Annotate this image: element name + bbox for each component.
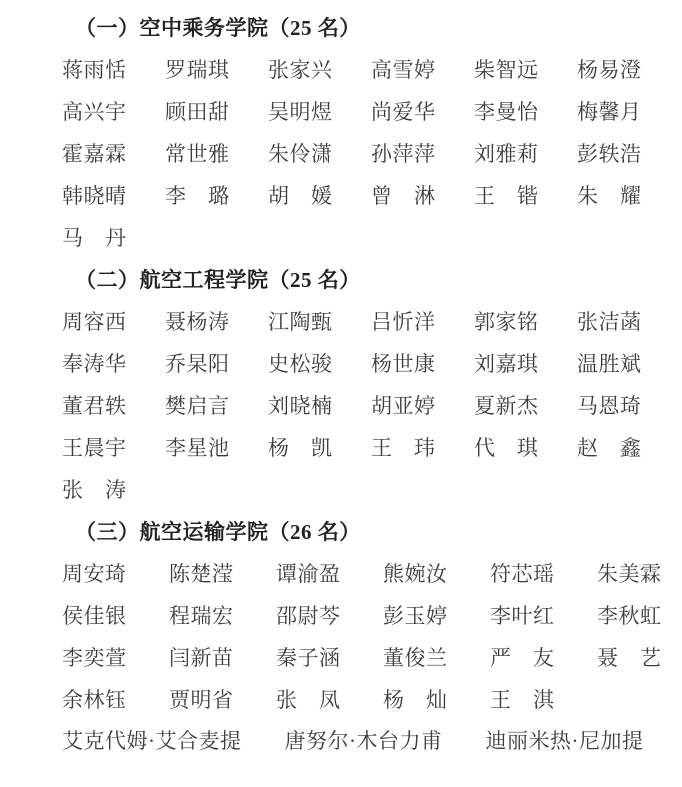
- student-name: 秦子涵: [276, 642, 383, 672]
- student-name: 顾田甜: [165, 96, 268, 126]
- student-name: 罗瑞琪: [165, 54, 268, 84]
- student-name: 董君轶: [62, 390, 165, 420]
- name-row: 马 丹: [62, 222, 682, 252]
- section-aviation-engineering-college: （二）航空工程学院（25 名） 周容西 聂杨涛 江陶甄 吕忻洋 郭家铭 张洁菡 …: [62, 258, 682, 510]
- student-name: 温胜斌: [577, 348, 680, 378]
- student-name: 梅馨月: [577, 96, 680, 126]
- student-name: 张家兴: [268, 54, 371, 84]
- student-name: 王 玮: [371, 432, 474, 462]
- student-name: 霍嘉霖: [62, 138, 165, 168]
- name-row: 高兴宇 顾田甜 吴明煜 尚爱华 李曼怡 梅馨月: [62, 96, 682, 126]
- student-name: 闫新苗: [169, 642, 276, 672]
- student-name: 张 涛: [62, 474, 165, 504]
- name-row: 奉涛华 乔杲阳 史松骏 杨世康 刘嘉琪 温胜斌: [62, 348, 682, 378]
- student-name: 聂杨涛: [165, 306, 268, 336]
- student-name: 吴明煜: [268, 96, 371, 126]
- section-title: （三）航空运输学院（26 名）: [62, 516, 361, 546]
- section-air-transport-college: （三）航空运输学院（26 名） 周安琦 陈楚滢 谭渝盈 熊婉汝 符芯瑶 朱美霖 …: [62, 510, 682, 762]
- student-name: 吕忻洋: [371, 306, 474, 336]
- student-name: 曾 淋: [371, 180, 474, 210]
- section-title: （二）航空工程学院（25 名）: [62, 264, 361, 294]
- student-name: 夏新杰: [474, 390, 577, 420]
- student-name: 余林钰: [62, 684, 169, 714]
- name-row: 张 涛: [62, 474, 682, 504]
- student-name: 贾明省: [169, 684, 276, 714]
- student-name: 胡 媛: [268, 180, 371, 210]
- name-row: 余林钰 贾明省 张 凤 杨 灿 王 淇: [62, 684, 682, 714]
- uyghur-student-names: 艾克代姆·艾合麦提 唐努尔·木台力甫 迪丽米热·尼加提: [62, 720, 650, 762]
- student-name: 熊婉汝: [383, 558, 490, 588]
- student-name: 乔杲阳: [165, 348, 268, 378]
- student-name: 李曼怡: [474, 96, 577, 126]
- student-name: 符芯瑶: [490, 558, 597, 588]
- student-name: 马恩琦: [577, 390, 680, 420]
- name-row: 霍嘉霖 常世雅 朱伶潇 孙萍萍 刘雅莉 彭轶浩: [62, 138, 682, 168]
- student-name: 代 琪: [474, 432, 577, 462]
- student-name: 聂 艺: [597, 642, 682, 672]
- student-name: 彭轶浩: [577, 138, 680, 168]
- student-name: 韩晓晴: [62, 180, 165, 210]
- student-name: 朱美霖: [597, 558, 682, 588]
- student-name: 王 锴: [474, 180, 577, 210]
- student-name: 李奕萱: [62, 642, 169, 672]
- student-name: 杨易澄: [577, 54, 680, 84]
- student-name: 郭家铭: [474, 306, 577, 336]
- student-name: 谭渝盈: [276, 558, 383, 588]
- student-name: 尚爱华: [371, 96, 474, 126]
- student-name: 王晨宇: [62, 432, 165, 462]
- student-name: 樊启言: [165, 390, 268, 420]
- student-name: 李秋虹: [597, 600, 682, 630]
- student-name: 周容西: [62, 306, 165, 336]
- student-name: 胡亚婷: [371, 390, 474, 420]
- student-name: 马 丹: [62, 222, 165, 252]
- student-name: 高兴宇: [62, 96, 165, 126]
- student-name: 刘雅莉: [474, 138, 577, 168]
- student-name: 杨 凯: [268, 432, 371, 462]
- student-name: 严 友: [490, 642, 597, 672]
- student-name: 赵 鑫: [577, 432, 680, 462]
- student-name: 柴智远: [474, 54, 577, 84]
- student-name: 王 淇: [490, 684, 597, 714]
- name-row: 侯佳银 程瑞宏 邵尉芩 彭玉婷 李叶红 李秋虹: [62, 600, 682, 630]
- student-name: 奉涛华: [62, 348, 165, 378]
- student-name: 侯佳银: [62, 600, 169, 630]
- student-name: 邵尉芩: [276, 600, 383, 630]
- student-name: 董俊兰: [383, 642, 490, 672]
- student-name: 张 凤: [276, 684, 383, 714]
- student-name: 杨世康: [371, 348, 474, 378]
- student-name: 朱伶潇: [268, 138, 371, 168]
- student-name: 李 璐: [165, 180, 268, 210]
- name-row: 周安琦 陈楚滢 谭渝盈 熊婉汝 符芯瑶 朱美霖: [62, 558, 682, 588]
- student-name: 李星池: [165, 432, 268, 462]
- name-row: 周容西 聂杨涛 江陶甄 吕忻洋 郭家铭 张洁菡: [62, 306, 682, 336]
- student-name: 张洁菡: [577, 306, 680, 336]
- section-cabin-crew-college: （一）空中乘务学院（25 名） 蒋雨恬 罗瑞琪 张家兴 高雪婷 柴智远 杨易澄 …: [62, 6, 682, 258]
- student-name: 朱 耀: [577, 180, 680, 210]
- student-name: 蒋雨恬: [62, 54, 165, 84]
- student-name: 杨 灿: [383, 684, 490, 714]
- student-name: 程瑞宏: [169, 600, 276, 630]
- student-name: 李叶红: [490, 600, 597, 630]
- name-row: 李奕萱 闫新苗 秦子涵 董俊兰 严 友 聂 艺: [62, 642, 682, 672]
- name-row: 韩晓晴 李 璐 胡 媛 曾 淋 王 锴 朱 耀: [62, 180, 682, 210]
- name-row: 王晨宇 李星池 杨 凯 王 玮 代 琪 赵 鑫: [62, 432, 682, 462]
- student-name: 刘晓楠: [268, 390, 371, 420]
- student-name: 周安琦: [62, 558, 169, 588]
- student-name: 高雪婷: [371, 54, 474, 84]
- student-name: 孙萍萍: [371, 138, 474, 168]
- student-name: 刘嘉琪: [474, 348, 577, 378]
- student-name: 江陶甄: [268, 306, 371, 336]
- student-name: 史松骏: [268, 348, 371, 378]
- name-row: 董君轶 樊启言 刘晓楠 胡亚婷 夏新杰 马恩琦: [62, 390, 682, 420]
- name-row: 蒋雨恬 罗瑞琪 张家兴 高雪婷 柴智远 杨易澄: [62, 54, 682, 84]
- student-name: 彭玉婷: [383, 600, 490, 630]
- student-name: 陈楚滢: [169, 558, 276, 588]
- student-name-list-document: （一）空中乘务学院（25 名） 蒋雨恬 罗瑞琪 张家兴 高雪婷 柴智远 杨易澄 …: [0, 0, 682, 787]
- section-title: （一）空中乘务学院（25 名）: [62, 12, 361, 42]
- student-name: 常世雅: [165, 138, 268, 168]
